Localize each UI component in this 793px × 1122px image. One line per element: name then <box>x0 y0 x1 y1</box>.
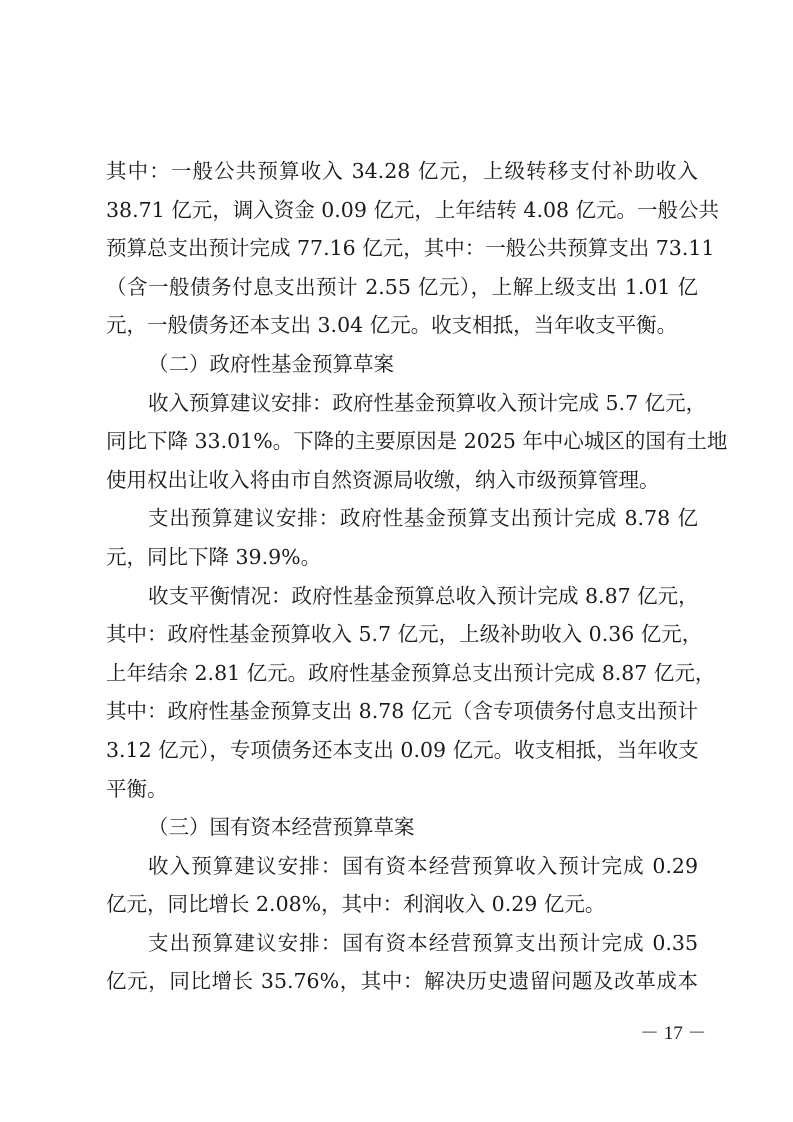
paragraph-line: 支出预算建议安排：国有资本经营预算支出预计完成 0.35 <box>106 924 698 963</box>
paragraph-line: 其中：政府性基金预算收入 5.7 亿元，上级补助收入 0.36 亿元， <box>106 615 698 654</box>
paragraph-line: 其中：一般公共预算收入 34.28 亿元，上级转移支付补助收入 <box>106 152 698 191</box>
section-heading-state-capital: （三）国有资本经营预算草案 <box>106 808 698 847</box>
paragraph-line: （含一般债务付息支出预计 2.55 亿元），上解上级支出 1.01 亿 <box>106 268 698 307</box>
paragraph-line: 上年结余 2.81 亿元。政府性基金预算总支出预计完成 8.87 亿元， <box>106 654 698 693</box>
paragraph-line: 支出预算建议安排：政府性基金预算支出预计完成 8.78 亿 <box>106 499 698 538</box>
paragraph-line: 预算总支出预计完成 77.16 亿元，其中：一般公共预算支出 73.11 <box>106 229 698 268</box>
paragraph-line: 亿元，同比增长 2.08%，其中：利润收入 0.29 亿元。 <box>106 885 698 924</box>
paragraph-line: 使用权出让收入将由市自然资源局收缴，纳入市级预算管理。 <box>106 461 698 500</box>
paragraph-line: 其中：政府性基金预算支出 8.78 亿元（含专项债务付息支出预计 <box>106 692 698 731</box>
page-number: － 17 － <box>640 1018 707 1045</box>
paragraph-line: 3.12 亿元），专项债务还本支出 0.09 亿元。收支相抵，当年收支 <box>106 731 698 770</box>
document-body: 其中：一般公共预算收入 34.28 亿元，上级转移支付补助收入 38.71 亿元… <box>106 152 698 1001</box>
paragraph-line: 收入预算建议安排：政府性基金预算收入预计完成 5.7 亿元， <box>106 384 698 423</box>
paragraph-line: 同比下降 33.01%。下降的主要原因是 2025 年中心城区的国有土地 <box>106 422 698 461</box>
paragraph-line: 元，同比下降 39.9%。 <box>106 538 698 577</box>
paragraph-line: 收入预算建议安排：国有资本经营预算收入预计完成 0.29 <box>106 847 698 886</box>
paragraph-line: 38.71 亿元，调入资金 0.09 亿元，上年结转 4.08 亿元。一般公共 <box>106 191 698 230</box>
section-heading-government-fund: （二）政府性基金预算草案 <box>106 345 698 384</box>
paragraph-line: 平衡。 <box>106 770 698 809</box>
paragraph-line: 元，一般债务还本支出 3.04 亿元。收支相抵，当年收支平衡。 <box>106 306 698 345</box>
paragraph-line: 收支平衡情况：政府性基金预算总收入预计完成 8.87 亿元， <box>106 577 698 616</box>
paragraph-line: 亿元，同比增长 35.76%，其中：解决历史遗留问题及改革成本 <box>106 962 698 1001</box>
